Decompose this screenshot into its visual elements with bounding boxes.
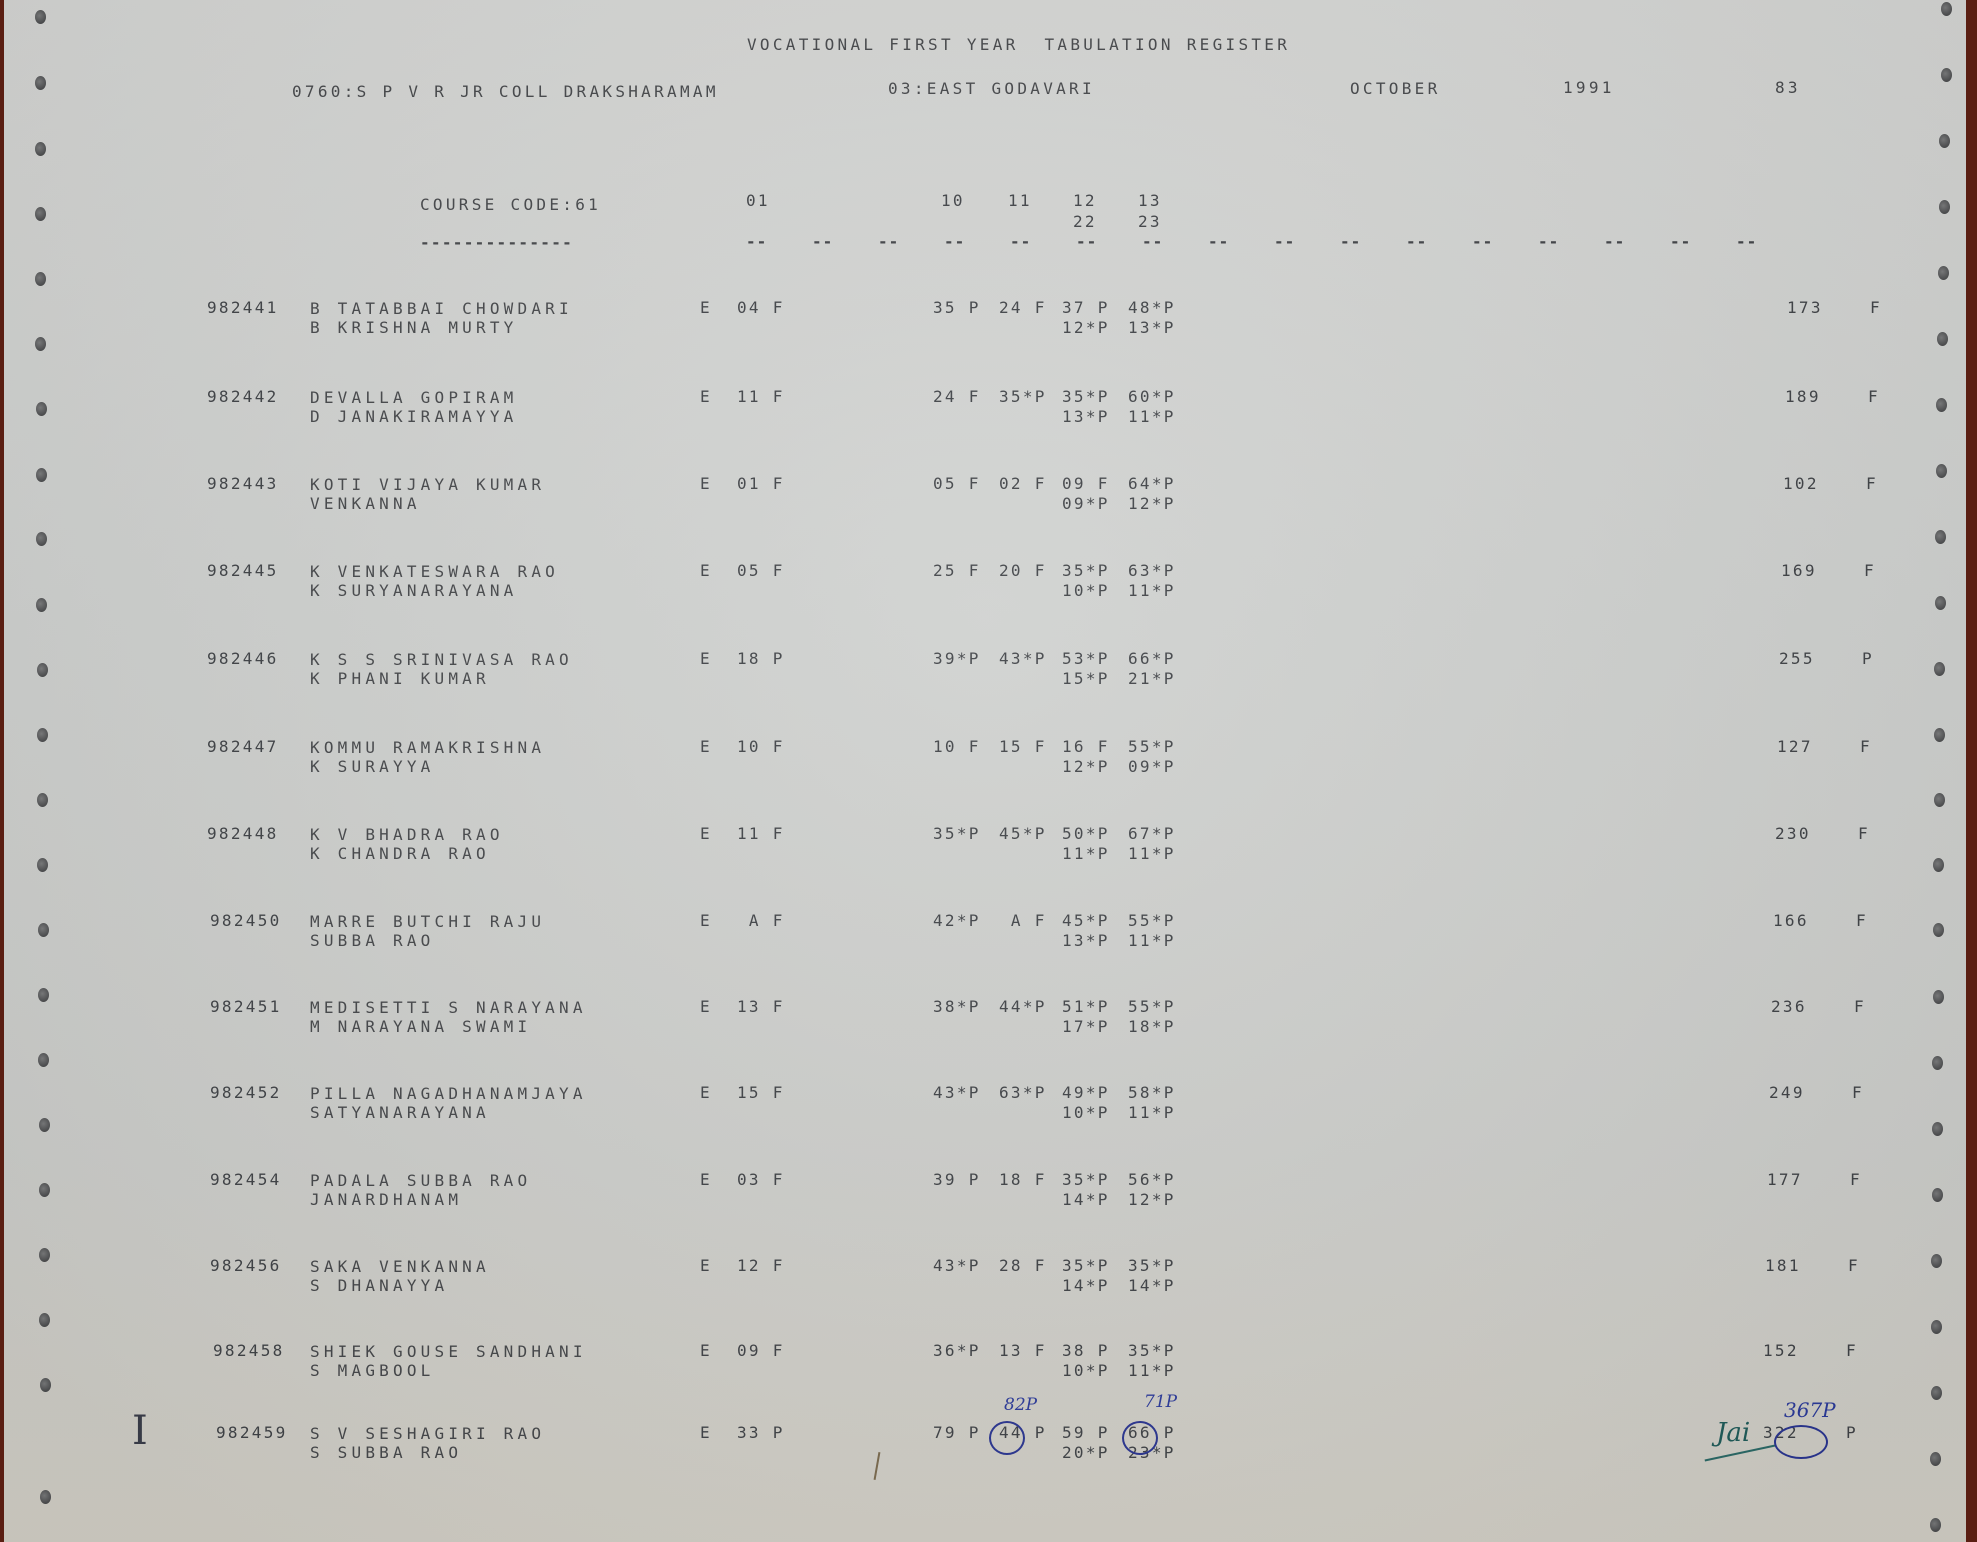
subject-22-mark: 20*P [1062, 1444, 1110, 1462]
medium-code: E [700, 388, 712, 406]
subject-10-mark: 05 F [933, 475, 981, 493]
subject-12-mark: 35*P [1062, 388, 1110, 406]
subject-12-mark: 49*P [1062, 1084, 1110, 1102]
subject-23-mark: 21*P [1128, 670, 1176, 688]
subject-13-mark: 55*P [1128, 998, 1176, 1016]
subject-12-mark: 50*P [1062, 825, 1110, 843]
column-dash: -- [1208, 232, 1229, 251]
column-dash: -- [944, 232, 965, 251]
student-name: MEDISETTI S NARAYANA [310, 999, 587, 1017]
parent-name: K SURYANARAYANA [310, 582, 518, 600]
result-status: F [1848, 1257, 1860, 1275]
student-row: 982445K VENKATESWARA RAOK SURYANARAYANAE… [4, 562, 1966, 622]
student-row: 982452PILLA NAGADHANAMJAYASATYANARAYANAE… [4, 1084, 1966, 1144]
margin-mark: I [132, 1408, 148, 1454]
subject-13-mark: 63*P [1128, 562, 1176, 580]
subject-header-13: 13 [1138, 192, 1162, 210]
subject-22-mark: 17*P [1062, 1018, 1110, 1036]
subject-22-mark: 14*P [1062, 1277, 1110, 1295]
subject-12-mark: 35*P [1062, 1257, 1110, 1275]
result-status: P [1862, 650, 1874, 668]
student-id: 982458 [213, 1342, 285, 1360]
total-marks: 166 [1773, 912, 1809, 930]
feed-hole-icon [1941, 68, 1952, 82]
subject-22-mark: 15*P [1062, 670, 1110, 688]
column-dash: -- [1670, 232, 1691, 251]
student-id: 982454 [210, 1171, 282, 1189]
parent-name: SUBBA RAO [310, 932, 435, 950]
parent-name: S SUBBA RAO [310, 1444, 462, 1462]
parent-name: M NARAYANA SWAMI [310, 1018, 531, 1036]
total-marks: 177 [1767, 1171, 1803, 1189]
subject-22-mark: 10*P [1062, 1104, 1110, 1122]
medium-code: E [700, 912, 712, 930]
subject-11-mark: 45*P [999, 825, 1047, 843]
revised-mark-sub11: 82P [1004, 1395, 1037, 1415]
feed-hole-icon [1939, 200, 1950, 214]
student-id: 982452 [210, 1084, 282, 1102]
column-dash: -- [1340, 232, 1361, 251]
column-dash: -- [1010, 232, 1031, 251]
subject-header-23: 23 [1138, 213, 1162, 231]
column-dash: -- [1076, 232, 1097, 251]
subject-23-mark: 11*P [1128, 1362, 1176, 1380]
result-status: F [1866, 475, 1878, 493]
result-status: F [1846, 1342, 1858, 1360]
subject-01-mark: 15 F [737, 1084, 785, 1102]
subject-22-mark: 13*P [1062, 932, 1110, 950]
student-row: 982443KOTI VIJAYA KUMARVENKANNAE01 F05 F… [4, 475, 1966, 535]
student-id: 982450 [210, 912, 282, 930]
circled-mark-sub11 [989, 1421, 1025, 1455]
subject-23-mark: 11*P [1128, 582, 1176, 600]
exam-year: 1991 [1563, 79, 1615, 97]
feed-hole-icon [35, 76, 46, 90]
student-row: 982459S V SESHAGIRI RAOS SUBBA RAOE33 P7… [4, 1424, 1966, 1484]
student-name: DEVALLA GOPIRAM [310, 389, 518, 407]
medium-code: E [700, 650, 712, 668]
parent-name: VENKANNA [310, 495, 421, 513]
subject-12-mark: 09 F [1062, 475, 1110, 493]
column-dash: -- [1736, 232, 1757, 251]
subject-11-mark: 43*P [999, 650, 1047, 668]
student-row: 982456SAKA VENKANNAS DHANAYYAE12 F43*P28… [4, 1257, 1966, 1317]
report-title: VOCATIONAL FIRST YEAR TABULATION REGISTE… [747, 36, 1290, 54]
subject-11-mark: 35*P [999, 388, 1047, 406]
student-id: 982446 [207, 650, 279, 668]
subject-11-mark: 13 F [999, 1342, 1047, 1360]
parent-name: S DHANAYYA [310, 1277, 448, 1295]
result-status: F [1870, 299, 1882, 317]
feed-hole-icon [35, 142, 46, 156]
feed-hole-icon [35, 10, 46, 24]
column-dash: -- [1406, 232, 1427, 251]
feed-hole-icon [1939, 134, 1950, 148]
subject-13-mark: 48*P [1128, 299, 1176, 317]
result-status: F [1860, 738, 1872, 756]
result-status: F [1854, 998, 1866, 1016]
student-id: 982443 [207, 475, 279, 493]
subject-11-mark: 20 F [999, 562, 1047, 580]
result-status: F [1868, 388, 1880, 406]
student-row: 982442DEVALLA GOPIRAMD JANAKIRAMAYYAE11 … [4, 388, 1966, 448]
subject-01-mark: 11 F [737, 825, 785, 843]
subject-01-mark: 01 F [737, 475, 785, 493]
student-id: 982447 [207, 738, 279, 756]
parent-name: S MAGBOOL [310, 1362, 435, 1380]
medium-code: E [700, 1257, 712, 1275]
subject-13-mark: 60*P [1128, 388, 1176, 406]
student-id: 982441 [207, 299, 279, 317]
subject-header-12: 12 [1073, 192, 1097, 210]
subject-12-mark: 59 P [1062, 1424, 1110, 1442]
student-row: 982446K S S SRINIVASA RAOK PHANI KUMARE1… [4, 650, 1966, 710]
student-name: SAKA VENKANNA [310, 1258, 490, 1276]
subject-10-mark: 39*P [933, 650, 981, 668]
subject-12-mark: 35*P [1062, 562, 1110, 580]
student-row: 982447KOMMU RAMAKRISHNAK SURAYYAE10 F10 … [4, 738, 1966, 798]
student-name: KOTI VIJAYA KUMAR [310, 476, 545, 494]
student-id: 982459 [216, 1424, 288, 1442]
subject-01-mark: 10 F [737, 738, 785, 756]
total-marks: 127 [1777, 738, 1813, 756]
subject-11-mark: 24 F [999, 299, 1047, 317]
student-name: K VENKATESWARA RAO [310, 563, 559, 581]
subject-01-mark: A F [737, 912, 785, 930]
student-id: 982445 [207, 562, 279, 580]
subject-10-mark: 38*P [933, 998, 981, 1016]
medium-code: E [700, 738, 712, 756]
course-code: COURSE CODE:61 [420, 196, 601, 214]
subject-12-mark: 51*P [1062, 998, 1110, 1016]
column-dash: -- [1274, 232, 1295, 251]
subject-11-mark: 63*P [999, 1084, 1047, 1102]
medium-code: E [700, 1171, 712, 1189]
subject-01-mark: 05 F [737, 562, 785, 580]
feed-hole-icon [40, 1490, 51, 1504]
student-row: 982448K V BHADRA RAOK CHANDRA RAOE11 F35… [4, 825, 1966, 885]
student-row: 982454PADALA SUBBA RAOJANARDHANAME03 F39… [4, 1171, 1966, 1231]
circled-mark-sub13 [1122, 1421, 1158, 1455]
parent-name: JANARDHANAM [310, 1191, 462, 1209]
feed-hole-icon [35, 207, 46, 221]
subject-13-mark: 67*P [1128, 825, 1176, 843]
subject-23-mark: 12*P [1128, 495, 1176, 513]
parent-name: D JANAKIRAMAYYA [310, 408, 518, 426]
subject-header-11: 11 [1008, 192, 1032, 210]
subject-22-mark: 12*P [1062, 319, 1110, 337]
subject-10-mark: 43*P [933, 1257, 981, 1275]
subject-11-mark: 18 F [999, 1171, 1047, 1189]
student-name: PADALA SUBBA RAO [310, 1172, 531, 1190]
medium-code: E [700, 1424, 712, 1442]
subject-23-mark: 13*P [1128, 319, 1176, 337]
subject-13-mark: 55*P [1128, 912, 1176, 930]
subject-10-mark: 25 F [933, 562, 981, 580]
subject-11-mark: A F [999, 912, 1047, 930]
subject-23-mark: 11*P [1128, 845, 1176, 863]
subject-12-mark: 38 P [1062, 1342, 1110, 1360]
medium-code: E [700, 299, 712, 317]
subject-header-22: 22 [1073, 213, 1097, 231]
examiner-initials: Jai [1716, 1418, 1750, 1448]
student-id: 982448 [207, 825, 279, 843]
subject-22-mark: 09*P [1062, 495, 1110, 513]
course-code-underline: -------------- [420, 234, 573, 252]
column-dash: -- [1472, 232, 1493, 251]
student-name: K V BHADRA RAO [310, 826, 504, 844]
total-marks: 181 [1765, 1257, 1801, 1275]
subject-01-mark: 33 P [737, 1424, 785, 1442]
college-name: 0760:S P V R JR COLL DRAKSHARAMAM [292, 83, 719, 101]
column-dash: -- [1142, 232, 1163, 251]
subject-10-mark: 79 P [933, 1424, 981, 1442]
subject-header-10: 10 [941, 192, 965, 210]
revised-total: 367P [1784, 1398, 1836, 1422]
subject-12-mark: 53*P [1062, 650, 1110, 668]
revised-mark-sub13: 71P [1144, 1392, 1177, 1412]
subject-01-mark: 09 F [737, 1342, 785, 1360]
subject-13-mark: 66*P [1128, 650, 1176, 668]
total-marks: 255 [1779, 650, 1815, 668]
subject-01-mark: 03 F [737, 1171, 785, 1189]
district-name: 03:EAST GODAVARI [888, 80, 1095, 98]
subject-12-mark: 35*P [1062, 1171, 1110, 1189]
feed-hole-icon [1930, 1518, 1941, 1532]
total-marks: 152 [1763, 1342, 1799, 1360]
column-dash: -- [812, 232, 833, 251]
subject-13-mark: 35*P [1128, 1257, 1176, 1275]
parent-name: B KRISHNA MURTY [310, 319, 518, 337]
subject-10-mark: 42*P [933, 912, 981, 930]
parent-name: K CHANDRA RAO [310, 845, 490, 863]
total-marks: 236 [1771, 998, 1807, 1016]
student-name: B TATABBAI CHOWDARI [310, 300, 573, 318]
subject-11-mark: 28 F [999, 1257, 1047, 1275]
subject-10-mark: 10 F [933, 738, 981, 756]
page-number: 83 [1775, 79, 1801, 97]
subject-10-mark: 43*P [933, 1084, 981, 1102]
feed-hole-icon [1941, 2, 1952, 16]
medium-code: E [700, 1084, 712, 1102]
student-name: KOMMU RAMAKRISHNA [310, 739, 545, 757]
subject-23-mark: 12*P [1128, 1191, 1176, 1209]
subject-22-mark: 10*P [1062, 1362, 1110, 1380]
subject-10-mark: 35*P [933, 825, 981, 843]
subject-12-mark: 16 F [1062, 738, 1110, 756]
subject-22-mark: 10*P [1062, 582, 1110, 600]
subject-23-mark: 18*P [1128, 1018, 1176, 1036]
subject-23-mark: 11*P [1128, 408, 1176, 426]
total-marks: 169 [1781, 562, 1817, 580]
student-id: 982451 [210, 998, 282, 1016]
result-status: F [1850, 1171, 1862, 1189]
circled-total [1774, 1425, 1828, 1459]
subject-13-mark: 58*P [1128, 1084, 1176, 1102]
subject-10-mark: 39 P [933, 1171, 981, 1189]
subject-12-mark: 45*P [1062, 912, 1110, 930]
subject-10-mark: 24 F [933, 388, 981, 406]
parent-name: SATYANARAYANA [310, 1104, 490, 1122]
parent-name: K PHANI KUMAR [310, 670, 490, 688]
subject-22-mark: 14*P [1062, 1191, 1110, 1209]
total-marks: 230 [1775, 825, 1811, 843]
column-dash: -- [878, 232, 899, 251]
medium-code: E [700, 1342, 712, 1360]
medium-code: E [700, 998, 712, 1016]
column-dash: -- [746, 232, 767, 251]
subject-23-mark: 11*P [1128, 932, 1176, 950]
subject-01-mark: 12 F [737, 1257, 785, 1275]
subject-12-mark: 37 P [1062, 299, 1110, 317]
subject-23-mark: 09*P [1128, 758, 1176, 776]
student-name: SHIEK GOUSE SANDHANI [310, 1343, 587, 1361]
total-marks: 189 [1785, 388, 1821, 406]
subject-13-mark: 35*P [1128, 1342, 1176, 1360]
student-id: 982442 [207, 388, 279, 406]
subject-11-mark: 02 F [999, 475, 1047, 493]
student-id: 982456 [210, 1257, 282, 1275]
student-name: K S S SRINIVASA RAO [310, 651, 573, 669]
tabulation-register-sheet: VOCATIONAL FIRST YEAR TABULATION REGISTE… [4, 0, 1966, 1542]
medium-code: E [700, 475, 712, 493]
subject-11-mark: 15 F [999, 738, 1047, 756]
subject-01-mark: 11 F [737, 388, 785, 406]
parent-name: K SURAYYA [310, 758, 435, 776]
result-status: F [1864, 562, 1876, 580]
feed-hole-icon [35, 272, 46, 286]
column-dash: -- [1538, 232, 1559, 251]
student-row: 982450MARRE BUTCHI RAJUSUBBA RAOE A F42*… [4, 912, 1966, 972]
subject-01-mark: 13 F [737, 998, 785, 1016]
subject-10-mark: 36*P [933, 1342, 981, 1360]
result-status: P [1846, 1424, 1858, 1442]
student-name: PILLA NAGADHANAMJAYA [310, 1085, 587, 1103]
column-dash: -- [1604, 232, 1625, 251]
subject-13-mark: 55*P [1128, 738, 1176, 756]
medium-code: E [700, 825, 712, 843]
feed-hole-icon [1932, 1056, 1943, 1070]
total-marks: 249 [1769, 1084, 1805, 1102]
subject-01-mark: 18 P [737, 650, 785, 668]
subject-10-mark: 35 P [933, 299, 981, 317]
subject-22-mark: 11*P [1062, 845, 1110, 863]
result-status: F [1852, 1084, 1864, 1102]
student-name: MARRE BUTCHI RAJU [310, 913, 545, 931]
exam-month: OCTOBER [1350, 80, 1441, 98]
student-row: 982441B TATABBAI CHOWDARIB KRISHNA MURTY… [4, 299, 1966, 359]
student-row: 982451MEDISETTI S NARAYANAM NARAYANA SWA… [4, 998, 1966, 1058]
feed-hole-icon [1938, 266, 1949, 280]
subject-23-mark: 11*P [1128, 1104, 1176, 1122]
subject-13-mark: 56*P [1128, 1171, 1176, 1189]
feed-hole-icon [1931, 1320, 1942, 1334]
subject-23-mark: 14*P [1128, 1277, 1176, 1295]
subject-13-mark: 64*P [1128, 475, 1176, 493]
student-name: S V SESHAGIRI RAO [310, 1425, 545, 1443]
medium-code: E [700, 562, 712, 580]
subject-header-01: 01 [746, 192, 770, 210]
subject-22-mark: 13*P [1062, 408, 1110, 426]
subject-11-mark: 44*P [999, 998, 1047, 1016]
total-marks: 102 [1783, 475, 1819, 493]
subject-22-mark: 12*P [1062, 758, 1110, 776]
total-marks: 173 [1787, 299, 1823, 317]
student-row: 982458SHIEK GOUSE SANDHANIS MAGBOOLE09 F… [4, 1342, 1966, 1402]
result-status: F [1858, 825, 1870, 843]
subject-01-mark: 04 F [737, 299, 785, 317]
result-status: F [1856, 912, 1868, 930]
